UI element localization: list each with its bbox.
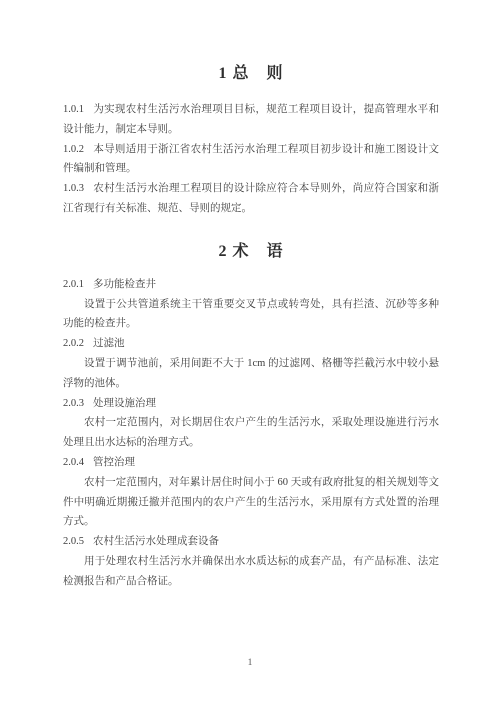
clause-text: 农村生活污水治理工程项目的设计除应符合本导则外，尚应符合国家和浙江省现行有关标准… (63, 183, 439, 214)
clause-paragraph-1-0-1: 1.0.1为实现农村生活污水治理项目目标，规范工程项目设计，提高管理水平和设计能… (63, 100, 439, 140)
clause-number: 1.0.2 (63, 140, 93, 160)
document-page: 1 总 则 1.0.1为实现农村生活污水治理项目目标，规范工程项目设计，提高管理… (0, 0, 500, 708)
page-number: 1 (0, 658, 500, 668)
term-name: 多功能检查井 (93, 279, 156, 290)
term-number: 2.0.3 (63, 394, 93, 414)
term-heading-2-0-2: 2.0.2过滤池 (63, 334, 439, 354)
term-number: 2.0.5 (63, 532, 93, 552)
term-heading-2-0-4: 2.0.4管控治理 (63, 453, 439, 473)
section-2-title: 2 术 语 (63, 240, 439, 263)
term-number: 2.0.1 (63, 275, 93, 295)
term-name: 处理设施治理 (93, 398, 156, 409)
clause-text: 本导则适用于浙江省农村生活污水治理工程项目初步设计和施工图设计文件编制和管理。 (63, 144, 439, 175)
section-1-title: 1 总 则 (63, 62, 439, 85)
term-heading-2-0-3: 2.0.3处理设施治理 (63, 394, 439, 414)
clause-paragraph-1-0-2: 1.0.2本导则适用于浙江省农村生活污水治理工程项目初步设计和施工图设计文件编制… (63, 140, 439, 180)
term-definition-2-0-3: 农村一定范围内，对长期居住农户产生的生活污水，采取处理设施进行污水处理且出水达标… (63, 413, 439, 453)
term-heading-2-0-1: 2.0.1多功能检查井 (63, 275, 439, 295)
clause-text: 为实现农村生活污水治理项目目标，规范工程项目设计，提高管理水平和设计能力，制定本… (63, 104, 439, 135)
term-heading-2-0-5: 2.0.5农村生活污水处理成套设备 (63, 532, 439, 552)
clause-number: 1.0.3 (63, 179, 93, 199)
term-definition-2-0-2: 设置于调节池前，采用间距不大于 1cm 的过滤网、格栅等拦截污水中较小悬浮物的池… (63, 354, 439, 394)
term-name: 过滤池 (93, 338, 125, 349)
clause-paragraph-1-0-3: 1.0.3农村生活污水治理工程项目的设计除应符合本导则外，尚应符合国家和浙江省现… (63, 179, 439, 219)
clause-number: 1.0.1 (63, 100, 93, 120)
term-name: 管控治理 (93, 457, 135, 468)
term-number: 2.0.2 (63, 334, 93, 354)
term-definition-2-0-1: 设置于公共管道系统主干管重要交叉节点或转弯处，具有拦渣、沉砂等多种功能的检查井。 (63, 295, 439, 335)
term-number: 2.0.4 (63, 453, 93, 473)
term-definition-2-0-5: 用于处理农村生活污水并确保出水水质达标的成套产品，有产品标准、法定检测报告和产品… (63, 552, 439, 592)
term-name: 农村生活污水处理成套设备 (93, 536, 219, 547)
term-definition-2-0-4: 农村一定范围内，对年累计居住时间小于 60 天或有政府批复的相关规划等文件中明确… (63, 473, 439, 532)
